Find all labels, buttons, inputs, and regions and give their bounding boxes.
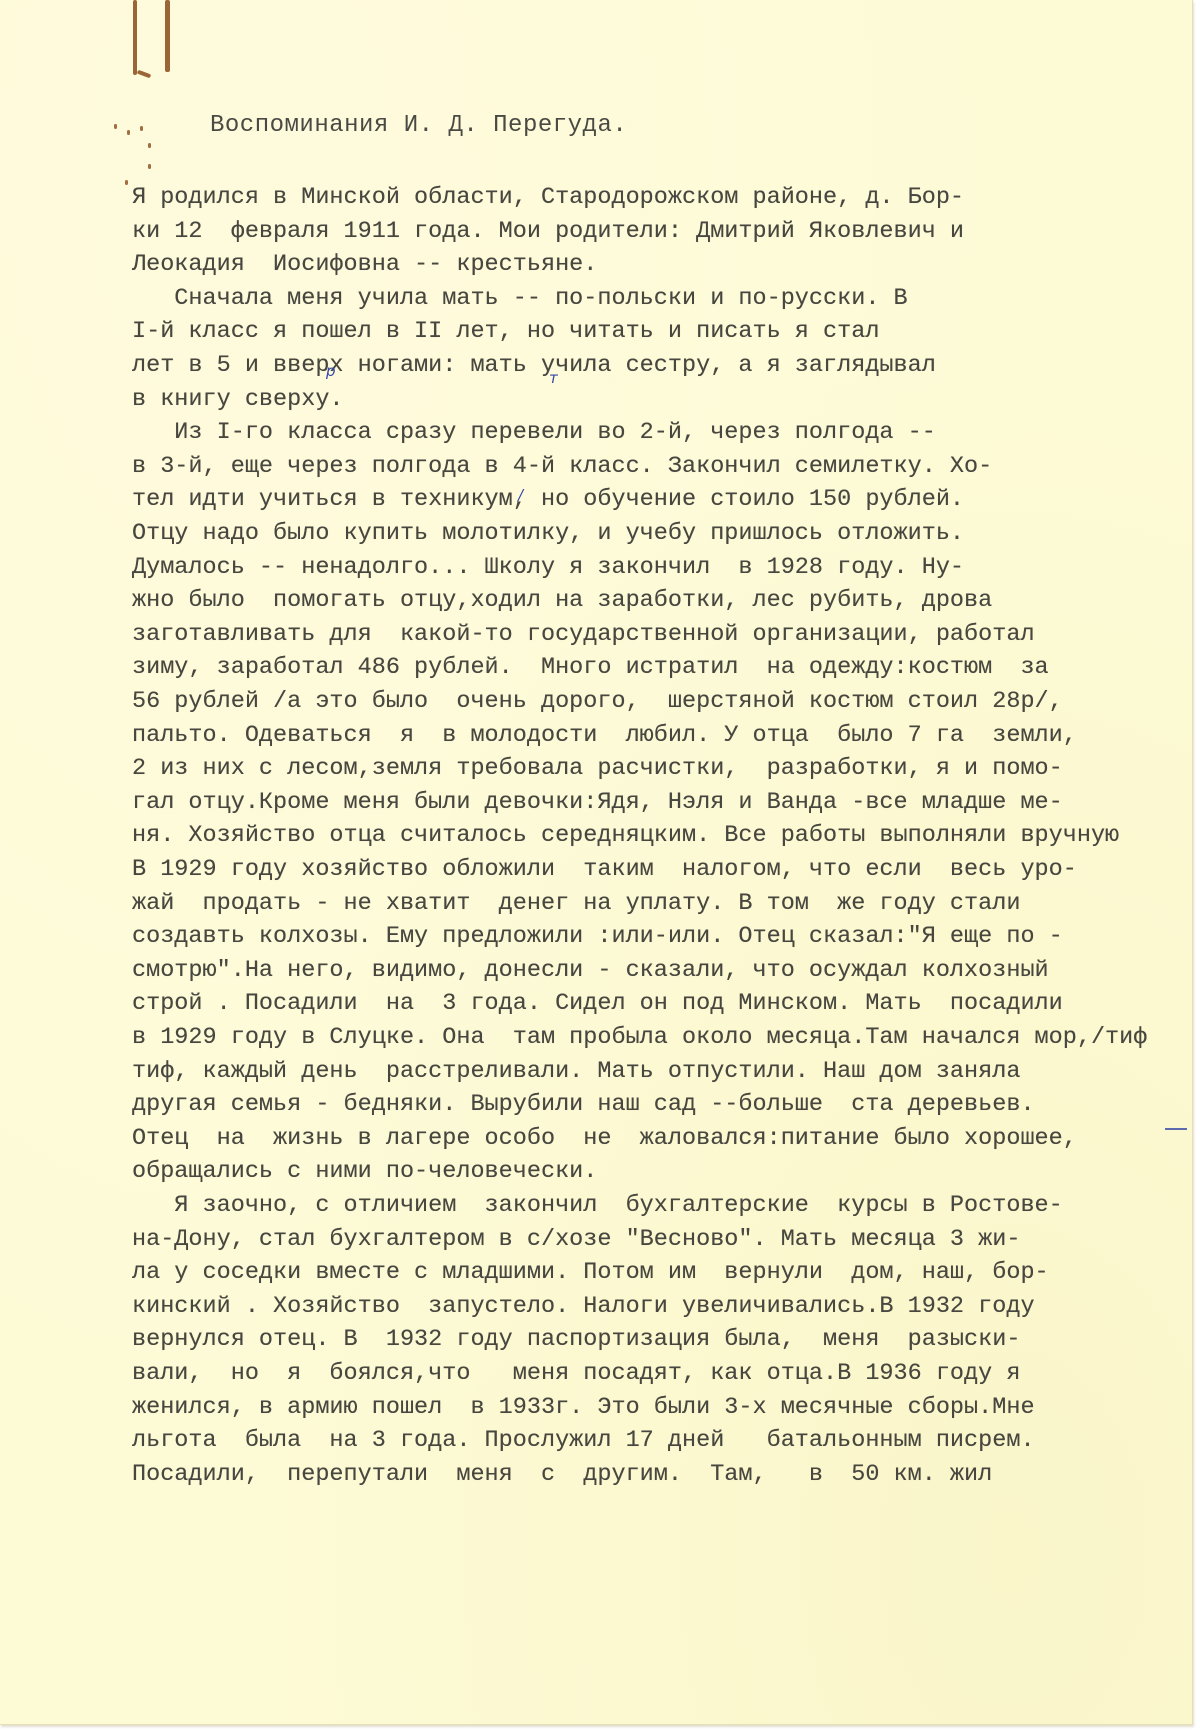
text-line: женился, в армию пошел в 1933г. Это были… [132, 1393, 1035, 1423]
text-line: Из I-го класса сразу перевели во 2-й, че… [132, 418, 936, 448]
text-line: 56 рублей /а это было очень дорого, шерс… [132, 687, 1063, 717]
text-line: зиму, заработал 486 рублей. Много истрат… [132, 653, 1049, 683]
rust-spot [127, 130, 130, 135]
text-line: строй . Посадили на 3 года. Сидел он под… [132, 989, 1063, 1019]
text-line: ки 12 февраля 1911 года. Мои родители: Д… [132, 217, 964, 247]
text-line: Отцу надо было купить молотилку, и учебу… [132, 519, 964, 549]
text-line: Леокадия Иосифовна -- крестьяне. [132, 250, 597, 280]
text-line: на-Дону, стал бухгалтером в с/хозе "Весн… [132, 1225, 1020, 1255]
text-line: Я заочно, с отличием закончил бухгалтерс… [132, 1191, 1063, 1221]
text-line: Отец на жизнь в лагере особо не жаловалс… [132, 1124, 1077, 1154]
text-line: пальто. Одеваться я в молодости любил. У… [132, 721, 1077, 751]
text-line: вернулся отец. В 1932 году паспортизация… [132, 1325, 1020, 1355]
text-line: 2 из них с лесом,земля требовала расчист… [132, 754, 1063, 784]
text-line: гал отцу.Кроме меня были девочки:Ядя, Нэ… [132, 788, 1063, 818]
handwritten-correction: р [326, 362, 336, 380]
text-line: вали, но я боялся,что меня посадят, как … [132, 1359, 1020, 1389]
rust-spot [148, 143, 151, 148]
staple-mark-hook [137, 70, 152, 79]
text-line: другая семья - бедняки. Вырубили наш сад… [132, 1090, 1035, 1120]
text-line: жай продать - не хватит денег на уплату.… [132, 889, 1020, 919]
handwritten-correction: т [549, 369, 558, 387]
rust-spot [148, 164, 151, 169]
text-line: лет в 5 и вверх ногами: мать учила сестр… [132, 351, 936, 381]
text-line: создавть колхозы. Ему предложили :или-ил… [132, 922, 1063, 952]
text-line: в книгу сверху. [132, 385, 344, 415]
text-line: в 3-й, еще через полгода в 4-й класс. За… [132, 452, 992, 482]
text-line: В 1929 году хозяйство обложили таким нал… [132, 855, 1077, 885]
handwritten-correction: / [518, 486, 523, 504]
text-line: льгота была на 3 года. Прослужил 17 дней… [132, 1426, 1035, 1456]
staple-mark-right [165, 0, 170, 72]
document-page: Воспоминания И. Д. Перегуда. Я родился в… [0, 0, 1193, 1725]
text-line: I-й класс я пошел в II лет, но читать и … [132, 317, 879, 347]
text-line: кинский . Хозяйство запустело. Налоги ув… [132, 1292, 1035, 1322]
text-line: Посадили, перепутали меня с другим. Там,… [132, 1460, 992, 1490]
text-line: в 1929 году в Слуцке. Она там пробыла ок… [132, 1023, 1147, 1053]
text-line: ня. Хозяйство отца считалось середняцким… [132, 821, 1119, 851]
text-line: Сначала меня учила мать -- по-польски и … [132, 284, 908, 314]
rust-spot [140, 126, 143, 131]
text-line: жно было помогать отцу,ходил на заработк… [132, 586, 992, 616]
text-line: Думалось -- ненадолго... Школу я закончи… [132, 553, 964, 583]
document-title: Воспоминания И. Д. Перегуда. [210, 112, 627, 139]
text-line: смотрю".На него, видимо, донесли - сказа… [132, 956, 1049, 986]
rust-spot [114, 124, 117, 129]
text-line: Я родился в Минской области, Стародорожс… [132, 183, 964, 213]
handwritten-strikethrough [1165, 1128, 1187, 1130]
text-line: заготавливать для какой-то государственн… [132, 620, 1035, 650]
text-line: тел идти учиться в техникум, но обучение… [132, 485, 964, 515]
staple-mark-left [133, 0, 137, 75]
text-line: ла у соседки вместе с младшими. Потом им… [132, 1258, 1049, 1288]
rust-spot [125, 180, 128, 185]
text-line: обращались с ними по-человечески. [132, 1157, 597, 1187]
text-line: тиф, каждый день расстреливали. Мать отп… [132, 1057, 1020, 1087]
